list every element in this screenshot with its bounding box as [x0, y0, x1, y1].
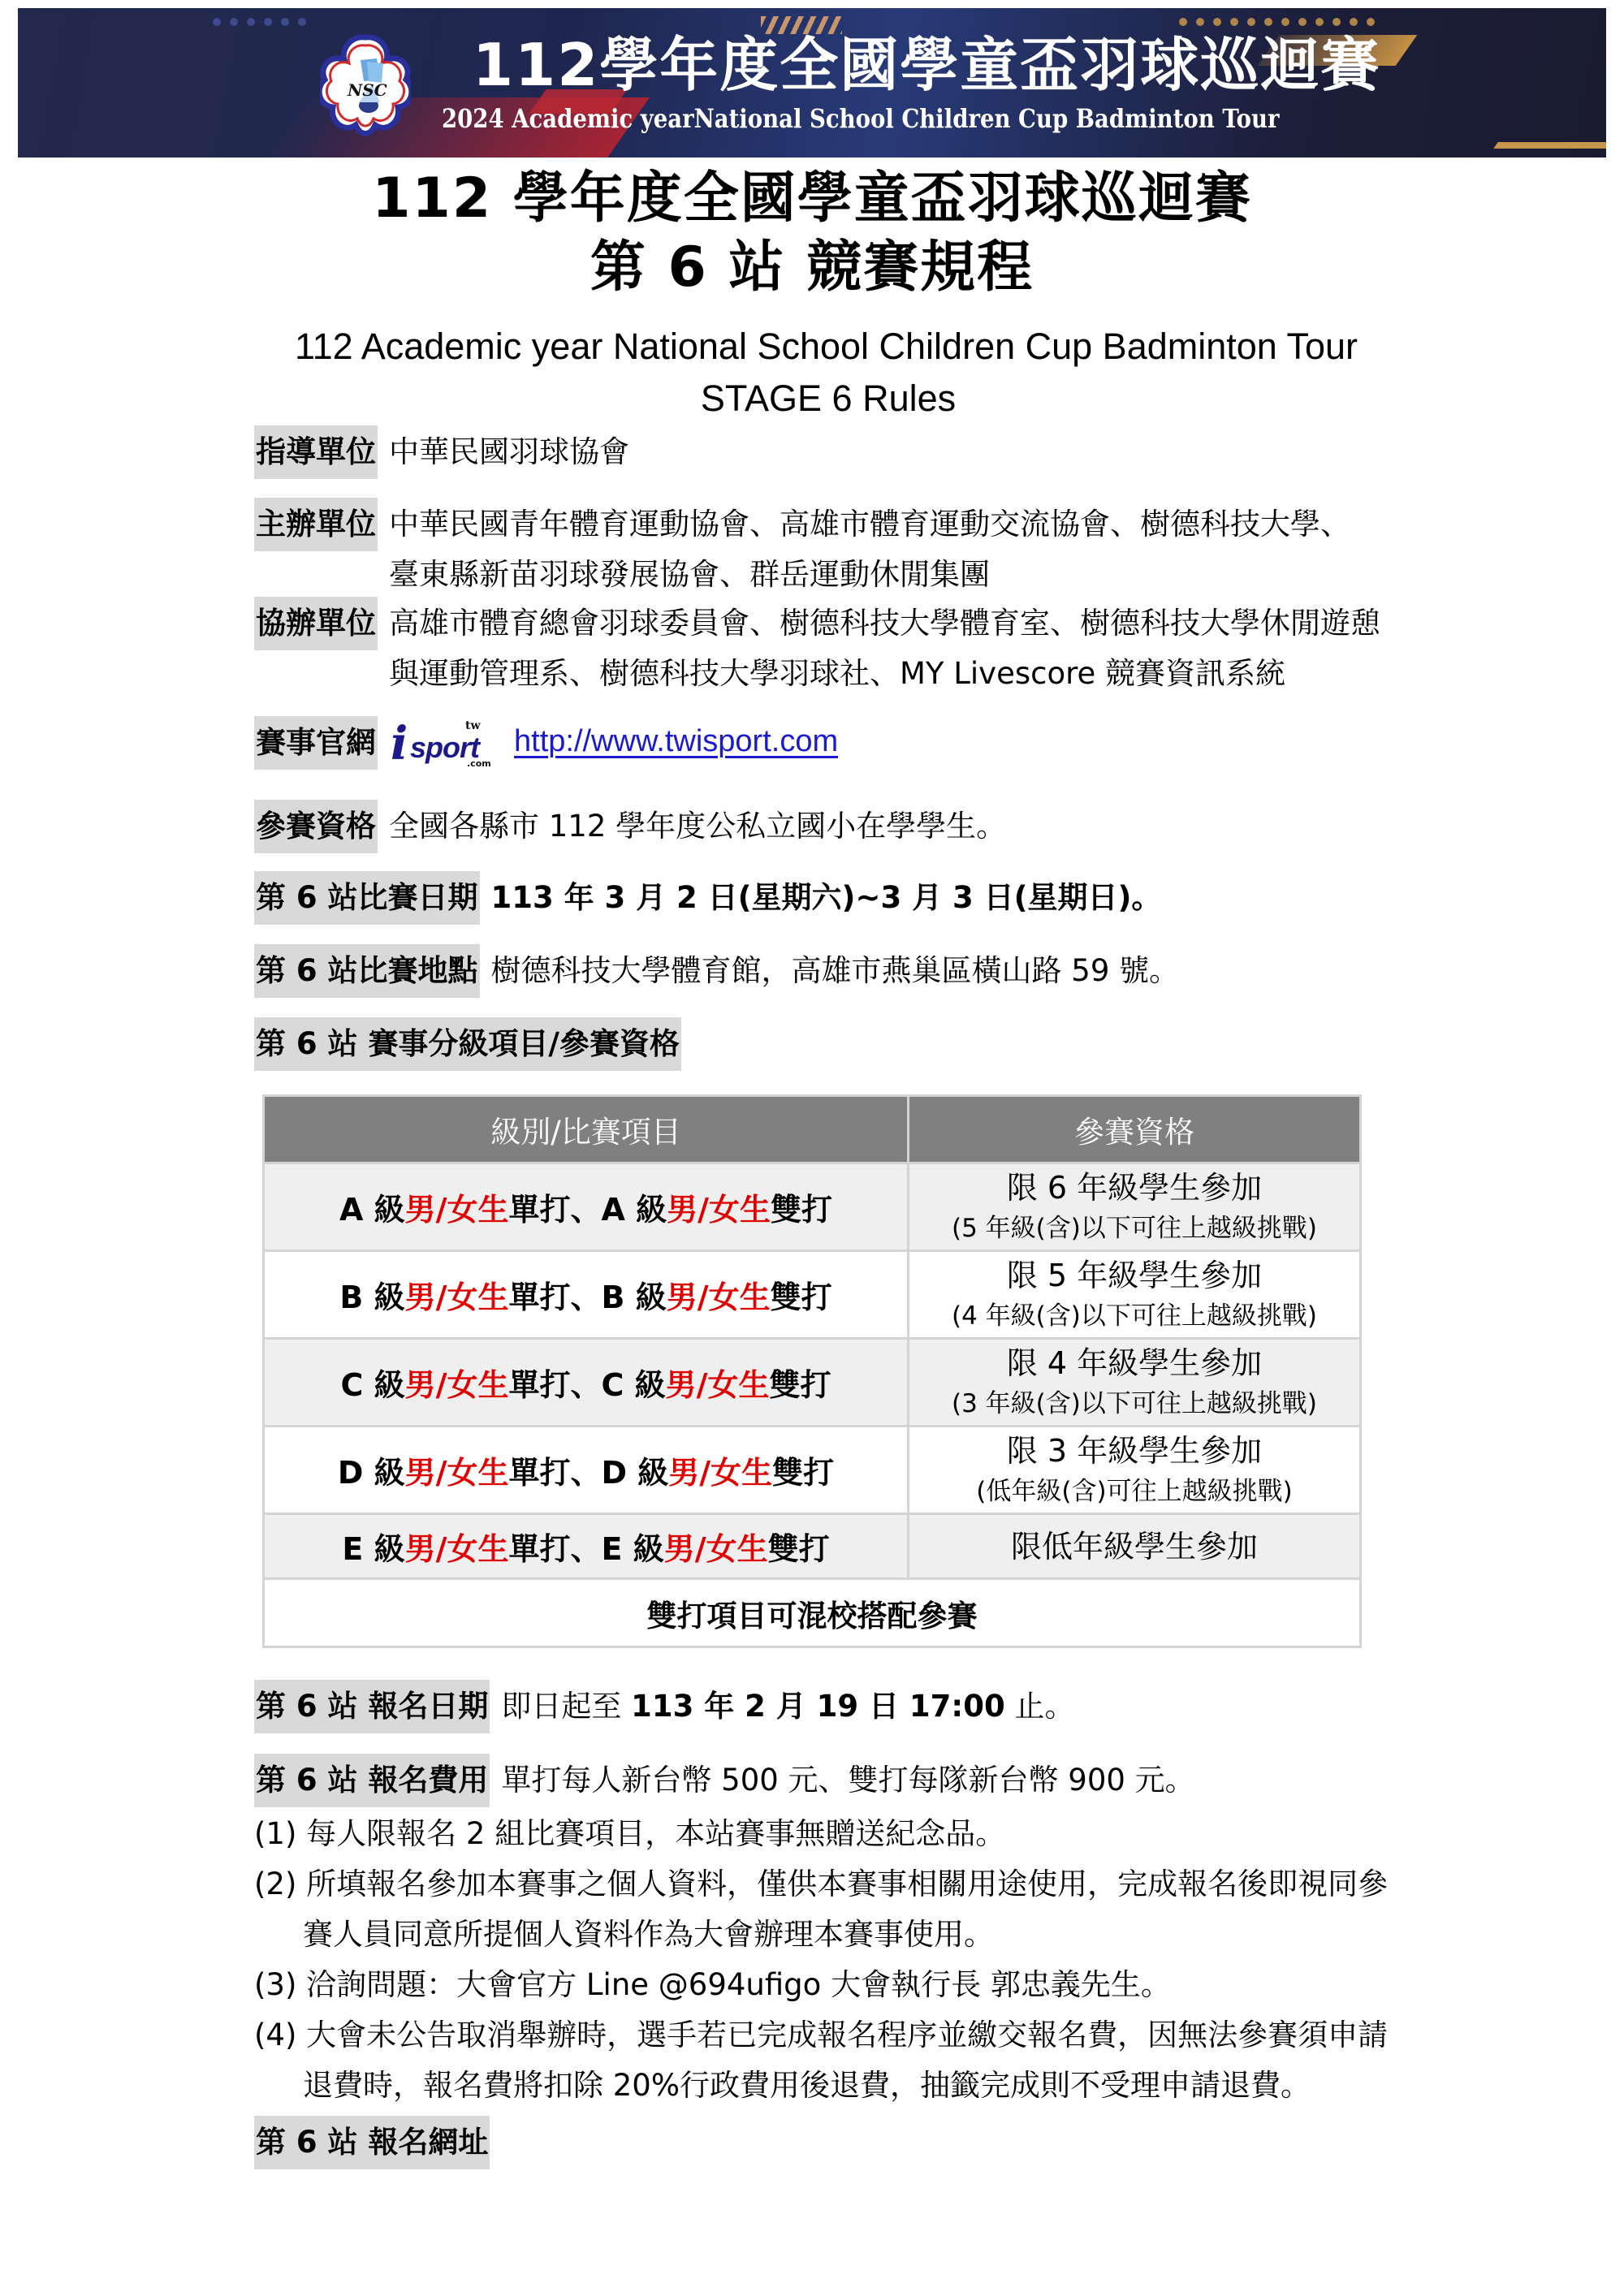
website-label: 賽事官網	[254, 716, 378, 770]
registration-period-value: 即日起至 113 年 2 月 19 日 17:00 止。	[490, 1680, 1074, 1732]
registration-period-row: 第 6 站 報名日期 即日起至 113 年 2 月 19 日 17:00 止。	[254, 1680, 1074, 1733]
event-banner: NSC 112學年度全國學童盃羽球巡迴賽 2024 Academic yearN…	[18, 8, 1606, 158]
column-header-eligibility: 參賽資格	[909, 1097, 1359, 1162]
category-cell: E 級男/女生單打、E 級男/女生雙打	[265, 1515, 909, 1577]
table-row: B 級男/女生單打、B 級男/女生雙打 限 5 年級學生參加 (4 年級(含)以…	[265, 1249, 1359, 1337]
decorative-dots	[1179, 18, 1375, 26]
organizer-line-1: 中華民國青年體育運動協會、高雄市體育運動交流協會、樹德科技大學、	[389, 499, 1350, 550]
isport-logo-icon: i sport tw .com	[389, 719, 496, 770]
banner-title: 112學年度全國學童盃羽球巡迴賽	[473, 31, 1380, 99]
organizer-label: 主辦單位	[254, 498, 378, 551]
guidance-value: 中華民國羽球協會	[378, 425, 629, 477]
page-subtitle: 第 6 站 競賽規程	[0, 231, 1624, 304]
eligibility-cell: 限 3 年級學生參加 (低年級(含)可往上越級挑戰)	[909, 1427, 1359, 1513]
eligibility-cell: 限 6 年級學生參加 (5 年級(含)以下可往上越級挑戰)	[909, 1164, 1359, 1249]
organizer-value: 中華民國青年體育運動協會、高雄市體育運動交流協會、樹德科技大學、 臺東縣新苗羽球…	[378, 498, 1350, 600]
organizer-row: 主辦單位 中華民國青年體育運動協會、高雄市體育運動交流協會、樹德科技大學、 臺東…	[254, 498, 1350, 600]
english-title: 112 Academic year National School Childr…	[0, 323, 1624, 370]
note-item-2: (2) 所填報名參加本賽事之個人資料，僅供本賽事相關用途使用，完成報名後即視同參…	[254, 1859, 1388, 1960]
co-organizer-label: 協辦單位	[254, 597, 378, 650]
categories-heading: 第 6 站 賽事分級項目/參賽資格	[254, 1017, 681, 1071]
category-cell: D 級男/女生單打、D 級男/女生雙打	[265, 1427, 909, 1513]
eligibility-value: 全國各縣市 112 學年度公私立國小在學學生。	[378, 800, 1006, 852]
svg-text:NSC: NSC	[347, 80, 387, 100]
nsc-logo-icon: NSC	[320, 31, 411, 136]
co-organizer-value: 高雄市體育總會羽球委員會、樹德科技大學體育室、樹德科技大學休閒遊憩 與運動管理系…	[378, 597, 1380, 699]
table-row: D 級男/女生單打、D 級男/女生雙打 限 3 年級學生參加 (低年級(含)可往…	[265, 1425, 1359, 1513]
categories-table: 級別/比賽項目 參賽資格 A 級男/女生單打、A 級男/女生雙打 限 6 年級學…	[262, 1094, 1362, 1648]
registration-fee-label: 第 6 站 報名費用	[254, 1754, 490, 1807]
eligibility-row: 參賽資格 全國各縣市 112 學年度公私立國小在學學生。	[254, 800, 1006, 853]
co-organizer-row: 協辦單位 高雄市體育總會羽球委員會、樹德科技大學體育室、樹德科技大學休閒遊憩 與…	[254, 597, 1380, 699]
registration-url-row: 第 6 站 報名網址	[254, 2116, 490, 2169]
table-footer: 雙打項目可混校搭配參賽	[265, 1577, 1359, 1646]
guidance-label: 指導單位	[254, 425, 378, 479]
page-title: 112 學年度全國學童盃羽球巡迴賽	[0, 162, 1624, 235]
date-value: 113 年 3 月 2 日(星期六)~3 月 3 日(星期日)。	[480, 871, 1162, 923]
banner-subtitle: 2024 Academic yearNational School Childr…	[442, 99, 1280, 138]
venue-label: 第 6 站比賽地點	[254, 944, 480, 998]
eligibility-label: 參賽資格	[254, 800, 378, 853]
categories-heading-row: 第 6 站 賽事分級項目/參賽資格	[254, 1017, 681, 1071]
venue-row: 第 6 站比賽地點 樹德科技大學體育館，高雄市燕巢區橫山路 59 號。	[254, 944, 1179, 998]
registration-period-label: 第 6 站 報名日期	[254, 1680, 490, 1733]
guidance-row: 指導單位 中華民國羽球協會	[254, 425, 629, 479]
decorative-dots	[213, 18, 306, 26]
table-row: C 級男/女生單打、C 級男/女生雙打 限 4 年級學生參加 (3 年級(含)以…	[265, 1337, 1359, 1425]
website-row: 賽事官網 i sport tw .com http://www.twisport…	[254, 716, 838, 770]
category-cell: C 級男/女生單打、C 級男/女生雙打	[265, 1340, 909, 1425]
table-row: A 級男/女生單打、A 級男/女生雙打 限 6 年級學生參加 (5 年級(含)以…	[265, 1162, 1359, 1249]
registration-url-heading: 第 6 站 報名網址	[254, 2116, 490, 2169]
organizer-line-2: 臺東縣新苗羽球發展協會、群岳運動休閒集團	[389, 550, 1350, 600]
venue-value: 樹德科技大學體育館，高雄市燕巢區橫山路 59 號。	[480, 944, 1180, 996]
table-row: E 級男/女生單打、E 級男/女生雙打 限低年級學生參加	[265, 1513, 1359, 1577]
note-item-1: (1) 每人限報名 2 組比賽項目，本站賽事無贈送紀念品。	[254, 1809, 1005, 1859]
eligibility-cell: 限低年級學生參加	[909, 1515, 1359, 1577]
co-organizer-line-1: 高雄市體育總會羽球委員會、樹德科技大學體育室、樹德科技大學休閒遊憩	[389, 598, 1380, 649]
table-header: 級別/比賽項目 參賽資格	[265, 1097, 1359, 1162]
eligibility-cell: 限 5 年級學生參加 (4 年級(含)以下可往上越級挑戰)	[909, 1252, 1359, 1337]
category-cell: B 級男/女生單打、B 級男/女生雙打	[265, 1252, 909, 1337]
registration-fee-row: 第 6 站 報名費用 單打每人新台幣 500 元、雙打每隊新台幣 900 元。	[254, 1754, 1195, 1807]
english-subtitle: STAGE 6 Rules	[0, 375, 1624, 422]
registration-fee-value: 單打每人新台幣 500 元、雙打每隊新台幣 900 元。	[490, 1754, 1194, 1806]
date-row: 第 6 站比賽日期 113 年 3 月 2 日(星期六)~3 月 3 日(星期日…	[254, 871, 1161, 925]
category-cell: A 級男/女生單打、A 級男/女生雙打	[265, 1164, 909, 1249]
decorative-stripe	[1493, 142, 1606, 149]
eligibility-cell: 限 4 年級學生參加 (3 年級(含)以下可往上越級挑戰)	[909, 1340, 1359, 1425]
co-organizer-line-2: 與運動管理系、樹德科技大學羽球社、MY Livescore 競賽資訊系統	[389, 649, 1380, 699]
official-website-link[interactable]: http://www.twisport.com	[514, 716, 838, 766]
column-header-category: 級別/比賽項目	[265, 1097, 909, 1162]
date-label: 第 6 站比賽日期	[254, 871, 480, 925]
note-item-4: (4) 大會未公告取消舉辦時，選手若已完成報名程序並繳交報名費，因無法參賽須申請…	[254, 2010, 1388, 2111]
note-item-3: (3) 洽詢問題：大會官方 Line @694ufigo 大會執行長 郭忠義先生…	[254, 1960, 1171, 2010]
